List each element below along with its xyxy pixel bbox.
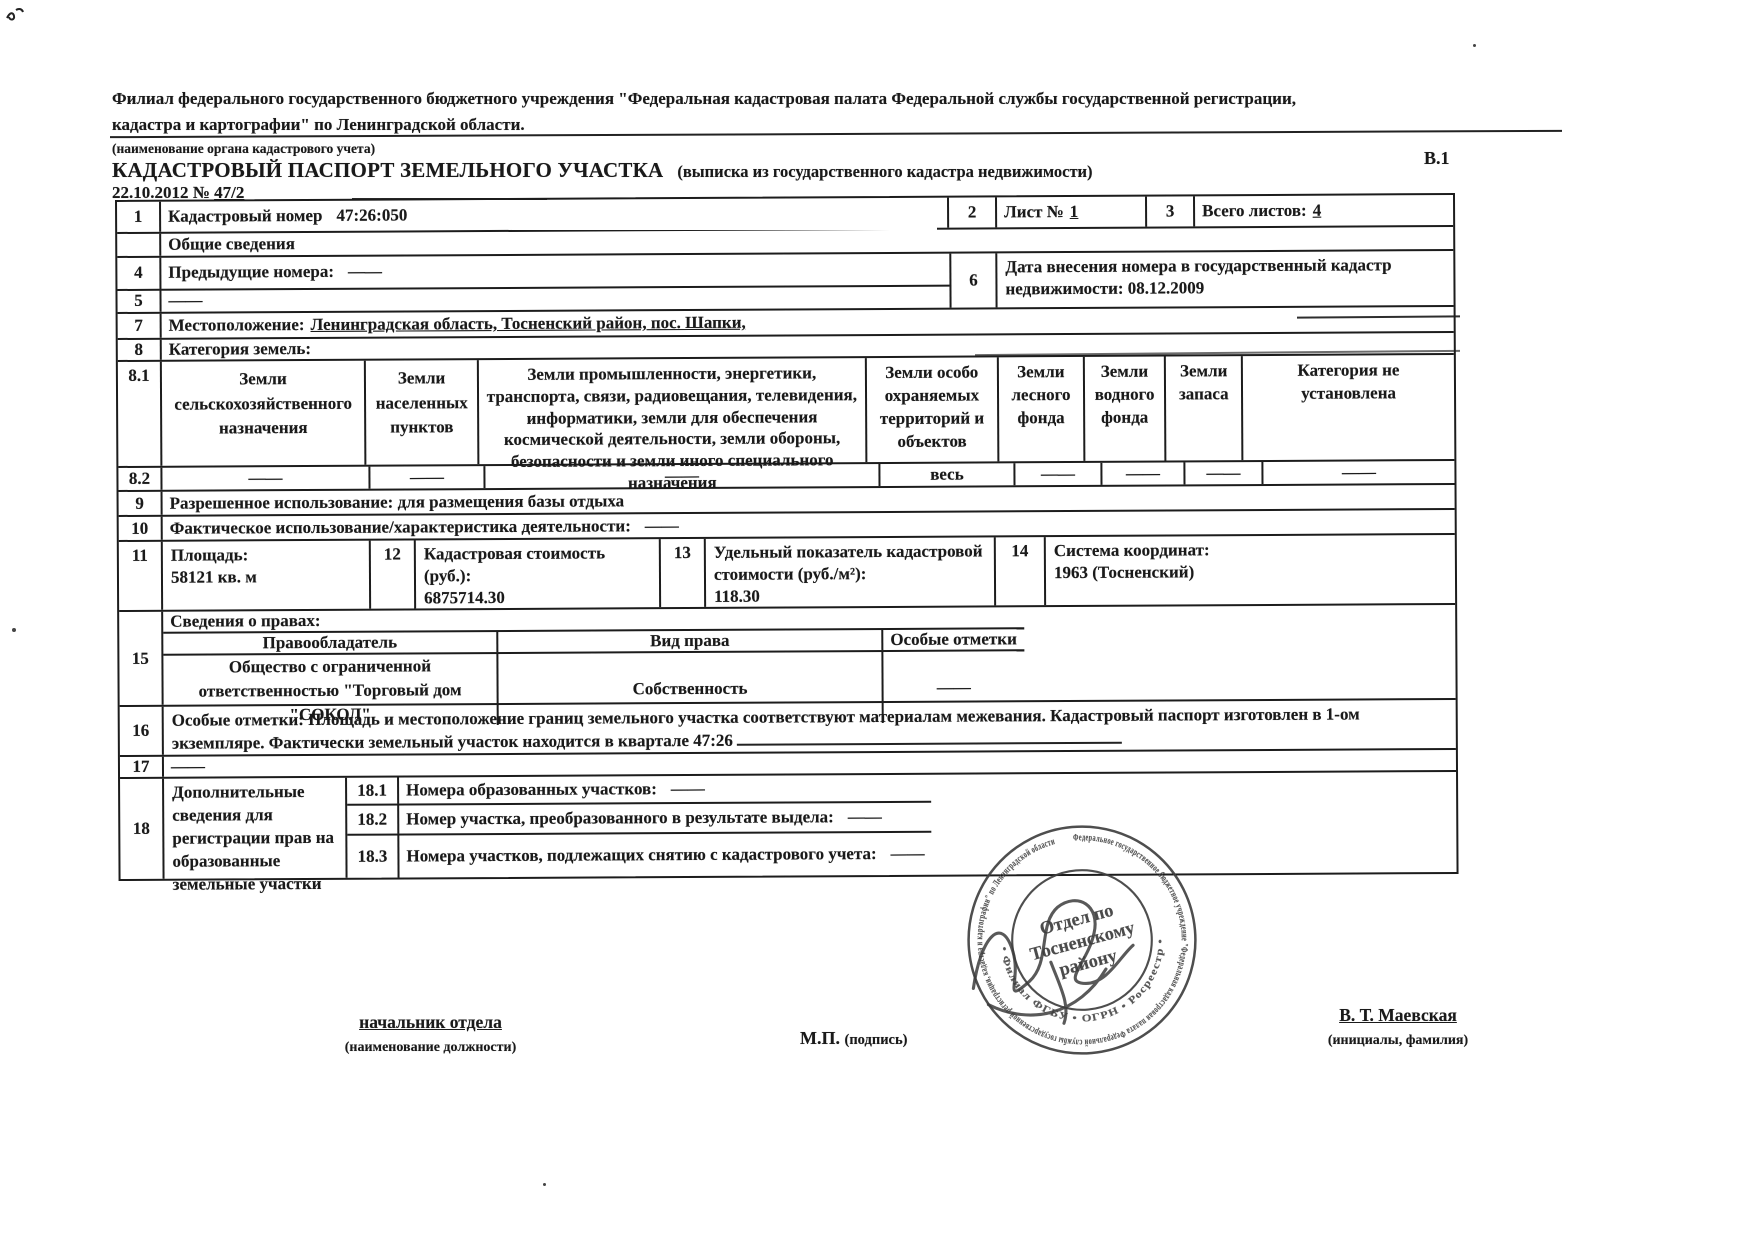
row-18-2: 18.2 Номер участка, преобразованного в р…: [347, 801, 931, 834]
category-value: ——: [1183, 462, 1261, 484]
dash-value: ——: [348, 262, 382, 282]
row-8-1-category-headers: 8.1 Земли сельскохозяйственного назначен…: [118, 353, 1455, 466]
unit-cost-value: 118.30: [714, 585, 986, 609]
row-num: 3: [1145, 196, 1193, 226]
row-num: 13: [659, 539, 704, 607]
sub-row-num: 18.3: [347, 836, 397, 878]
row-num: 16: [120, 707, 162, 755]
category-value: ——: [483, 464, 878, 488]
category-col: Земли водного фонда: [1083, 357, 1165, 461]
row-num: 8.1: [118, 362, 161, 466]
row-num: 8.2: [118, 468, 160, 490]
redaction-box: [512, 206, 937, 230]
row-num: 4: [117, 258, 159, 289]
signer-position: начальник отдела: [318, 1012, 543, 1033]
category-col: Земли сельскохозяйственного назначения: [160, 361, 365, 466]
authority-line-1: Филиал федерального государственного бюд…: [112, 86, 1572, 112]
stamp-signature-caption: М.П. (подпись): [800, 1028, 908, 1049]
cadastral-cost-cell: Кадастровая стоимость (руб.): 6875714.30: [414, 539, 659, 608]
dash-value: ——: [645, 516, 679, 536]
scan-artifact-corner: [4, 4, 30, 28]
row-num: 11: [119, 542, 161, 610]
coordinate-system-value: 1963 (Тосненский): [1054, 560, 1447, 584]
category-value-selected: весь: [878, 463, 1013, 486]
row-18-additional-info: 18 Дополнительные сведения для регистрац…: [120, 770, 1457, 879]
area-cell: Площадь: 58121 кв. м: [161, 541, 369, 610]
dash-value: ——: [671, 779, 705, 799]
category-value: ——: [1100, 462, 1183, 484]
sub-row-label: Номера образованных участков:: [406, 779, 657, 800]
cadastral-passport-page: Филиал федерального государственного бюд…: [0, 0, 1754, 1240]
category-col: Земли промышленности, энергетики, трансп…: [477, 358, 865, 464]
document-subtitle: (выписка из государственного кадастра не…: [677, 162, 1092, 182]
row-num: 8: [118, 340, 160, 360]
cadastral-table: 1 Кадастровый номер 47:26:050 2 Лист № 1…: [115, 193, 1459, 881]
category-value: ——: [1013, 463, 1100, 485]
row5-cell: ——: [161, 284, 949, 311]
sub-row-label: Номер участка, преобразованного в резуль…: [406, 807, 834, 829]
row-15-rights: 15 Сведения о правах: Правообладатель Ви…: [119, 603, 1455, 705]
special-notes-cell: Особые отметки: Площадь и местоположение…: [162, 700, 1456, 755]
row-num: 15: [119, 612, 161, 705]
category-col: Земли особо охраняемых территорий и объе…: [864, 357, 997, 462]
row-num: 7: [118, 314, 160, 338]
document-title: КАДАСТРОВЫЙ ПАСПОРТ ЗЕМЕЛЬНОГО УЧАСТКА: [112, 158, 663, 183]
row-num: 14: [994, 537, 1044, 605]
dash-value: ——: [168, 291, 202, 311]
category-col: Категория не установлена: [1241, 355, 1454, 460]
row-num: 5: [117, 289, 159, 312]
official-stamp: Федеральное государственное бюджетное уч…: [945, 803, 1218, 1076]
row-num: 2: [947, 197, 995, 227]
location-value: Ленинградская область, Тосненский район,…: [310, 313, 745, 335]
row-16-special-notes: 16 Особые отметки: Площадь и местоположе…: [120, 698, 1456, 755]
row-num: 10: [119, 517, 161, 540]
row-num: 9: [119, 492, 161, 515]
form-code: В.1: [1424, 148, 1450, 169]
category-value: ——: [160, 467, 368, 490]
category-col: Земли лесного фонда: [997, 357, 1083, 461]
sub-row-num: 18.1: [347, 778, 397, 804]
category-value: ——: [1261, 461, 1454, 484]
row-num: 12: [369, 540, 414, 608]
position-caption: (наименование должности): [318, 1040, 543, 1056]
sheet-number-cell: Лист № 1: [995, 197, 1145, 228]
dash-value: ——: [848, 807, 882, 827]
stamp-center-text: Отдел по Тосненскому району: [1022, 895, 1143, 985]
row-num: 6: [949, 253, 995, 307]
row-num: 1: [117, 202, 159, 232]
additional-info-label: Дополнительные сведения для регистрации …: [162, 778, 346, 879]
scan-speck: [1473, 44, 1476, 47]
coordinate-system-cell: Система координат: 1963 (Тосненский): [1044, 535, 1455, 605]
scan-speck: [12, 628, 16, 632]
area-value: 58121 кв. м: [171, 566, 361, 589]
signer-name: В. Т. Маевская: [1318, 1005, 1478, 1026]
cadastre-entry-date-cell: Дата внесения номера в государственный к…: [995, 251, 1453, 307]
category-col: Земли населенных пунктов: [364, 360, 478, 465]
col-header-notes: Особые отметки: [881, 629, 1024, 650]
category-col: Земли запаса: [1164, 356, 1241, 460]
row-num: 17: [120, 757, 162, 777]
scan-speck: [543, 1183, 546, 1186]
row-18-3: 18.3 Номера участков, подлежащих снятию …: [347, 831, 931, 878]
rows-11-14: 11 Площадь: 58121 кв. м 12 Кадастровая с…: [119, 533, 1455, 610]
previous-numbers-cell: Предыдущие номера: ——: [161, 254, 949, 289]
col-header-owner: Правообладатель: [163, 632, 496, 654]
category-value: ——: [368, 466, 483, 489]
cost-value: 6875714.30: [424, 586, 651, 609]
rows-4-5-6: 4 5 Предыдущие номера: —— —— 6 Дата внес…: [117, 249, 1453, 312]
col-header-right-type: Вид права: [496, 630, 881, 652]
row-18-1: 18.1 Номера образованных участков: ——: [347, 775, 931, 804]
authority-caption: (наименование органа кадастрового учета): [112, 141, 375, 157]
sub-row-label: Номера участков, подлежащих снятию с кад…: [406, 844, 876, 866]
empty-num-cell: [117, 234, 159, 256]
total-sheets-cell: Всего листов: 4: [1193, 195, 1453, 226]
dash-value: ——: [891, 844, 925, 864]
name-caption: (инициалы, фамилия): [1310, 1033, 1486, 1049]
unit-cost-cell: Удельный показатель кадастровой стоимост…: [704, 537, 994, 607]
cadastral-number-value: 47:26:050: [336, 205, 407, 225]
sub-row-num: 18.2: [347, 806, 397, 834]
blank-underline: [737, 730, 1122, 746]
row-num: 18: [120, 779, 163, 879]
